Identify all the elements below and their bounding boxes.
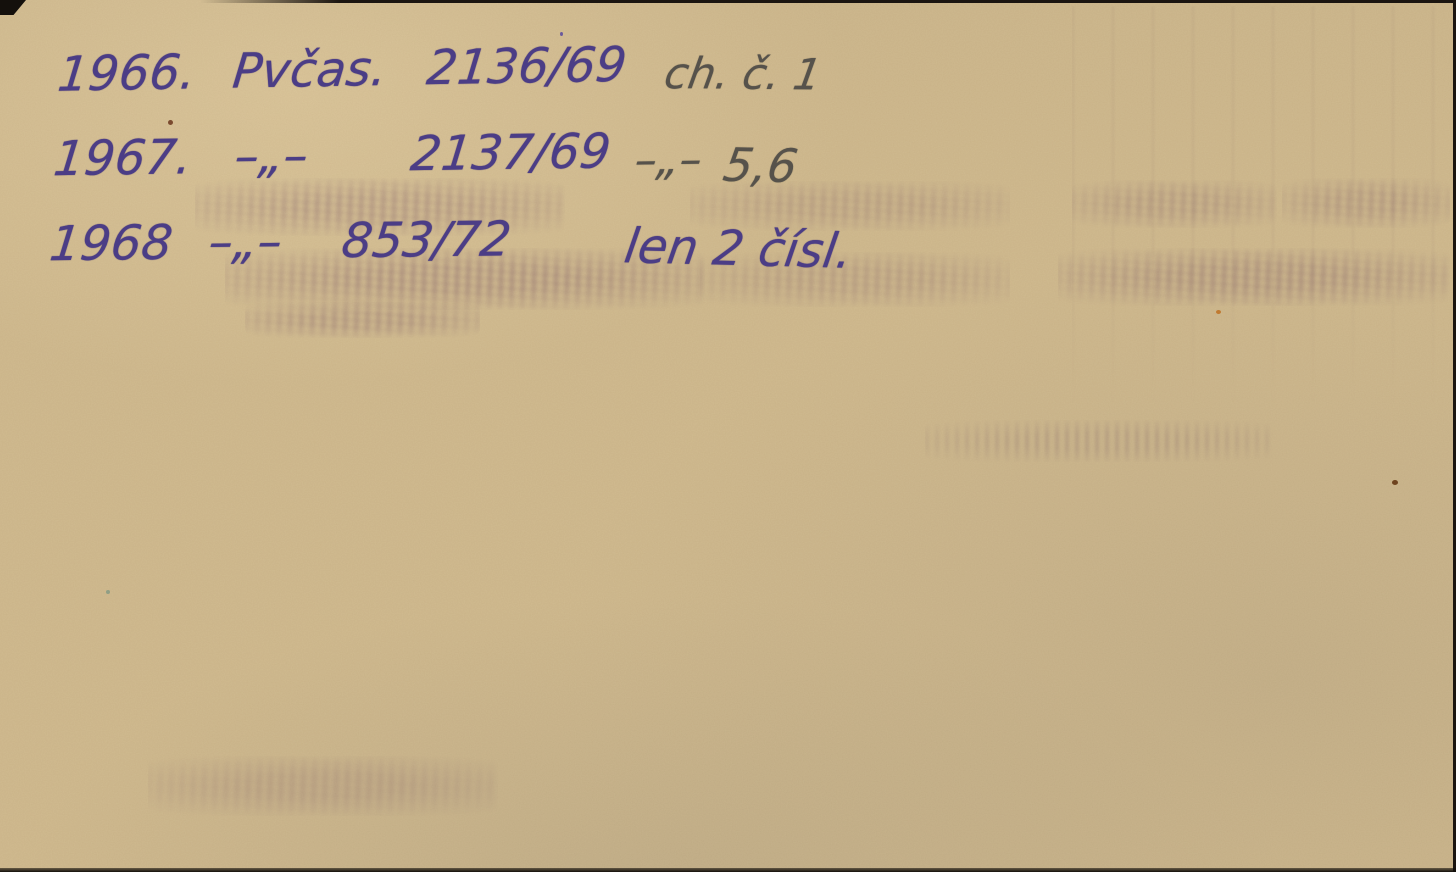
ruled-line-bleed-streaks	[1072, 6, 1450, 406]
year-1967: 1967.	[51, 133, 194, 183]
ink-note-1968: len 2 čísl.	[621, 222, 855, 276]
pencil-ditto-mark: –„–	[632, 138, 704, 183]
handwriting-line-1968: 1968 –„– 853/72 len 2 čísl.	[50, 212, 854, 268]
year-1968: 1968	[47, 219, 175, 268]
paper-speck	[168, 120, 173, 125]
ditto-mark: –„–	[207, 218, 285, 267]
accession-number-1967: 2137/69	[408, 127, 613, 178]
ink-speck	[560, 32, 563, 36]
stamp-bleed-middle-right	[925, 420, 1275, 462]
scan-corner-mark	[0, 0, 26, 15]
pencil-note-1966: ch. č. 1	[661, 53, 824, 97]
journal-abbreviation: Pvčas.	[230, 45, 388, 96]
pencil-note-1967: 5,6	[720, 142, 800, 190]
scan-edge-bottom	[0, 868, 1456, 872]
paper-speck	[1392, 480, 1398, 485]
scan-edge-top	[200, 0, 1456, 3]
year-1966: 1966.	[56, 48, 198, 98]
ditto-mark: –„–	[232, 132, 310, 181]
stamp-bleed-row3-word	[245, 302, 480, 338]
handwriting-line-1966: 1966. Pvčas. 2136/69 ch. č. 1	[58, 37, 823, 98]
scanned-card: 1966. Pvčas. 2136/69 ch. č. 1 1967. –„– …	[0, 0, 1456, 872]
paper-speck	[106, 590, 110, 594]
accession-number-1968: 853/72	[339, 215, 513, 265]
handwriting-line-1967: 1967. –„– 2137/69 –„– 5,6	[54, 125, 799, 183]
accession-number-1966: 2136/69	[425, 41, 629, 93]
stamp-bleed-bottom-left	[148, 756, 498, 816]
paper-speck	[1216, 310, 1221, 314]
